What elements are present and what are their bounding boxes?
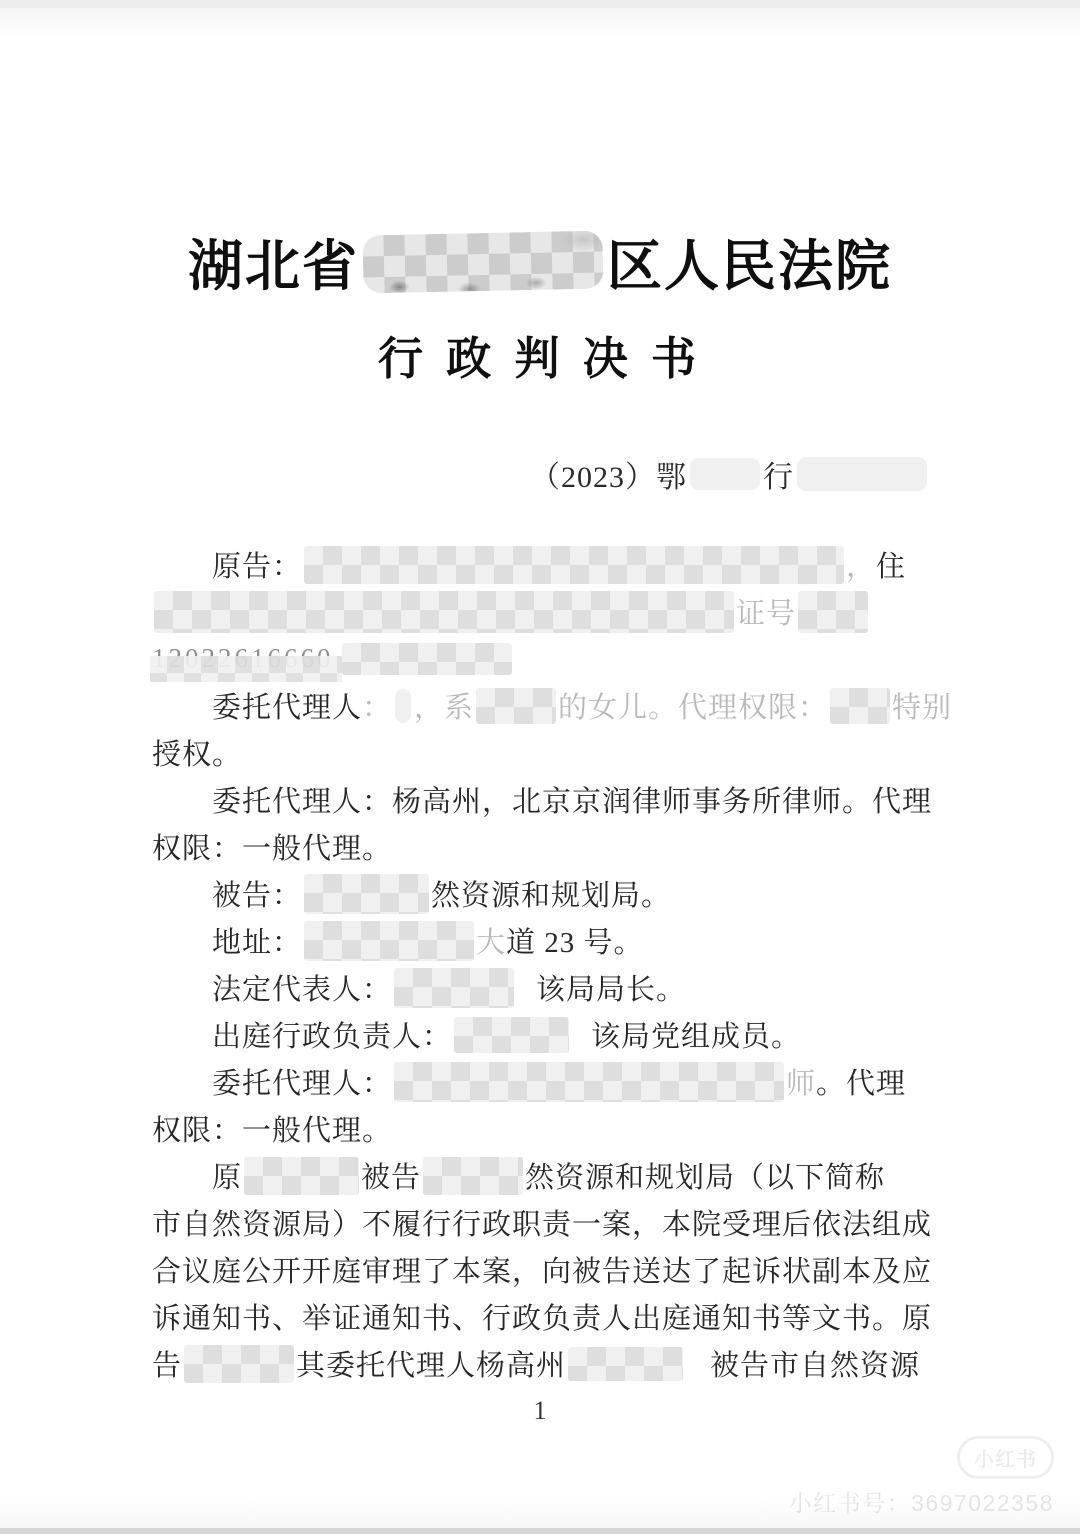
text-line: 授权。 bbox=[152, 729, 952, 776]
body-text: 授权。 bbox=[152, 732, 242, 773]
body-text: 委托代理人： bbox=[212, 1061, 392, 1102]
watermark-id-text: 小红书号：3697022358 bbox=[789, 1485, 1054, 1518]
redaction-block bbox=[798, 591, 868, 633]
body-text: 委托代理人：杨高州，北京京润律师事务所律师。代理 bbox=[212, 779, 932, 820]
redaction-block bbox=[423, 1157, 523, 1195]
redaction-block bbox=[454, 1017, 569, 1053]
body-text: 原 bbox=[212, 1155, 242, 1196]
redaction-smudge bbox=[362, 230, 603, 293]
redaction-block bbox=[690, 458, 760, 490]
redaction-block bbox=[304, 546, 844, 584]
body-text: 合议庭公开开庭审理了本案，向被告送达了起诉状副本及应 bbox=[152, 1249, 932, 1290]
body-text: 诉通知书、举证通知书、行政负责人出庭通知书等文书。原 bbox=[152, 1296, 932, 1337]
text-line: 诉通知书、举证通知书、行政负责人出庭通知书等文书。原 bbox=[152, 1293, 952, 1340]
faint-text: 的女儿。代理权限： bbox=[558, 685, 828, 726]
photo-bottom-edge bbox=[0, 1528, 1080, 1534]
body-text: 被告市自然资源 bbox=[710, 1343, 920, 1384]
body-text: 该局党组成员。 bbox=[591, 1014, 801, 1055]
court-name-prefix: 湖北省 bbox=[188, 222, 359, 301]
redaction-block bbox=[304, 874, 429, 914]
redaction-block bbox=[184, 1345, 294, 1383]
text-line: 原被告然资源和规划局（以下简称 bbox=[152, 1152, 952, 1199]
xiaohongshu-watermark: 小红书 小红书号：3697022358 bbox=[789, 1436, 1054, 1518]
faint-text: ： bbox=[362, 685, 392, 726]
redaction-block bbox=[394, 1062, 784, 1102]
document-type-title: 行 政 判 决 书 bbox=[0, 322, 1080, 387]
redaction-block bbox=[154, 591, 734, 633]
redaction-block bbox=[476, 688, 556, 724]
text-line: 被告：然资源和规划局。 bbox=[152, 870, 952, 917]
redaction-block bbox=[342, 643, 512, 675]
body-text: 然资源和规划局（以下简称 bbox=[525, 1155, 885, 1196]
body-text: 该局局长。 bbox=[536, 967, 686, 1008]
body-text: 地址： bbox=[212, 920, 302, 961]
redaction-block bbox=[568, 1347, 683, 1381]
court-name-suffix: 区人民法院 bbox=[607, 222, 892, 301]
text-line: 权限：一般代理。 bbox=[152, 1105, 952, 1152]
body-text: 道 23 号。 bbox=[506, 920, 644, 961]
text-line: 法定代表人：该局局长。 bbox=[152, 964, 952, 1011]
body-text: 出庭行政负责人： bbox=[212, 1014, 452, 1055]
body-text: 告 bbox=[152, 1343, 182, 1384]
redaction-smudge bbox=[395, 689, 411, 723]
text-line: 委托代理人：师。代理 bbox=[152, 1058, 952, 1105]
text-line: 12022616660 bbox=[152, 635, 952, 682]
case-number-mid: 行 bbox=[763, 452, 794, 496]
redaction-block bbox=[150, 656, 342, 682]
redaction-block bbox=[304, 921, 474, 961]
text-line: 原告：，住 bbox=[152, 541, 952, 588]
text-line: 证号 bbox=[152, 588, 952, 635]
text-line: 告其委托代理人杨高州被告市自然资源 bbox=[152, 1340, 952, 1387]
case-number: （2023）鄂 行 bbox=[530, 452, 930, 496]
body-text: 委托代理人 bbox=[212, 685, 362, 726]
redaction-block bbox=[797, 457, 927, 491]
faint-text: ， bbox=[846, 544, 876, 585]
document-body: 原告：，住证号12022616660委托代理人：，系的女儿。代理权限：特别授权。… bbox=[152, 541, 952, 1387]
text-line: 权限：一般代理。 bbox=[152, 823, 952, 870]
redaction-block bbox=[394, 968, 514, 1008]
faint-id-digits: 12022616660 bbox=[152, 643, 340, 674]
faint-text: 师 bbox=[786, 1061, 816, 1102]
body-text: 。代理 bbox=[816, 1061, 906, 1102]
text-line: 市自然资源局）不履行行政职责一案，本院受理后依法组成 bbox=[152, 1199, 952, 1246]
text-line: 地址：大道 23 号。 bbox=[152, 917, 952, 964]
body-text: 其委托代理人杨高州 bbox=[296, 1343, 566, 1384]
text-line: 委托代理人：，系的女儿。代理权限：特别 bbox=[152, 682, 952, 729]
body-text: 权限：一般代理。 bbox=[152, 1108, 392, 1149]
court-name-title: 湖北省 区人民法院 bbox=[0, 222, 1080, 301]
photo-top-edge bbox=[0, 0, 1080, 8]
text-line: 委托代理人：杨高州，北京京润律师事务所律师。代理 bbox=[152, 776, 952, 823]
body-text: 权限：一般代理。 bbox=[152, 826, 392, 867]
redaction-block bbox=[830, 688, 890, 724]
redaction-block bbox=[244, 1157, 359, 1195]
page-number: 1 bbox=[0, 1396, 1080, 1426]
text-line: 合议庭公开开庭审理了本案，向被告送达了起诉状副本及应 bbox=[152, 1246, 952, 1293]
body-text: 原告： bbox=[212, 544, 302, 585]
text-line: 出庭行政负责人：该局党组成员。 bbox=[152, 1011, 952, 1058]
body-text: 市自然资源局）不履行行政职责一案，本院受理后依法组成 bbox=[152, 1202, 932, 1243]
body-text: 被告 bbox=[361, 1155, 421, 1196]
case-number-prefix: （2023）鄂 bbox=[530, 452, 687, 496]
body-text: 法定代表人： bbox=[212, 967, 392, 1008]
faint-text: 特别 bbox=[892, 685, 952, 726]
faint-text: ，系 bbox=[414, 685, 474, 726]
body-text: 住 bbox=[876, 544, 906, 585]
document-photo: 湖北省 区人民法院 行 政 判 决 书 （2023）鄂 行 原告：，住证号120… bbox=[0, 0, 1080, 1534]
faint-text: 大 bbox=[476, 920, 506, 961]
xiaohongshu-logo-badge: 小红书 bbox=[957, 1436, 1054, 1479]
body-text: 然资源和规划局。 bbox=[431, 873, 671, 914]
faint-text: 证号 bbox=[736, 591, 796, 632]
body-text: 被告： bbox=[212, 873, 302, 914]
